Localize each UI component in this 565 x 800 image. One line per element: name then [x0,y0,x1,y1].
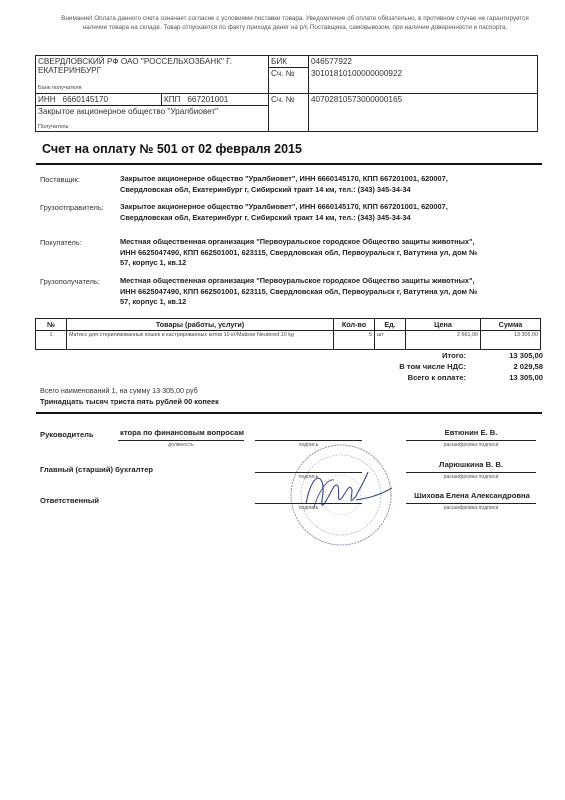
total-value: 13 305,00 [466,350,543,361]
responsible-name: Шихова Елена Александровна [406,491,538,500]
corr-account-value: 30101810100000000922 [311,69,402,78]
bank-name: СВЕРДЛОВСКИЙ РФ ОАО "РОССЕЛЬХОЗБАНК" Г. … [38,57,232,75]
shipper-details: Закрытое акционерное общество "Уралбиове… [120,202,540,223]
director-decoding-caption: расшифровка подписи [406,442,536,448]
responsible-decoding-line [406,503,536,504]
consignee-details: Местная общественная организация "Первоу… [120,276,540,308]
payable-label: Всего к оплате: [360,372,466,383]
position-line [118,440,244,441]
vat-label: В том числе НДС: [360,361,466,372]
director-signature-caption: подпись [255,442,362,448]
row-qty: 5 [334,331,375,350]
col-number: № [36,319,67,331]
director-label: Руководитель [40,430,94,439]
position-caption: должность [118,442,244,448]
vat-row: В том числе НДС: 2 029,58 [360,361,543,372]
bank-caption: Банк получателя [38,85,82,91]
bik-value: 046577922 [311,57,352,66]
payable-row: Всего к оплате: 13 305,00 [360,372,543,383]
buyer-details: Местная общественная организация "Первоу… [120,237,540,269]
supplier-label: Поставщик: [40,175,80,184]
col-qty: Кол-во [334,319,375,331]
title-divider [36,163,542,165]
inn-field: ИНН 6660145170 [38,95,108,104]
responsible-decoding-caption: расшифровка подписи [406,505,536,511]
accountant-decoding-line [406,472,536,473]
bik-label: БИК [271,57,287,66]
accountant-signature-line [255,472,362,473]
summary-divider [36,412,542,414]
accountant-decoding-caption: расшифровка подписи [406,474,536,480]
company-stamp-icon [288,442,394,548]
row-number: 1 [36,331,67,350]
consignee-label: Грузополучатель: [40,277,100,286]
row-price: 2 661,00 [406,331,481,350]
bank-details-table: СВЕРДЛОВСКИЙ РФ ОАО "РОССЕЛЬХОЗБАНК" Г. … [35,55,538,132]
director-signature-line [255,440,362,441]
kpp-field: КПП 667201001 [164,95,228,104]
invoice-title: Счет на оплату № 501 от 02 февраля 2015 [42,142,302,156]
account-value: 40702810573000000165 [311,95,402,104]
responsible-label: Ответственный [40,496,99,505]
row-sum: 13 305,00 [481,331,541,350]
col-goods: Товары (работы, услуги) [67,319,334,331]
totals-block: Итого: 13 305,00 В том числе НДС: 2 029,… [360,350,543,383]
total-row: Итого: 13 305,00 [360,350,543,361]
accountant-signature-caption: подпись [255,474,362,480]
table-row: 1 Матисс для стерилизованных кошек и кас… [36,331,541,350]
col-sum: Сумма [481,319,541,331]
payable-value: 13 305,00 [466,372,543,383]
goods-table-header: № Товары (работы, услуги) Кол-во Ед. Цен… [36,319,541,331]
row-unit: шт [375,331,406,350]
payment-notice: Внимание! Оплата данного счета означает … [60,14,530,32]
buyer-label: Покупатель: [40,238,82,247]
responsible-signature-line [255,503,362,504]
director-position: Заместитель директора по финансовым вопр… [120,428,244,437]
responsible-signature-caption: подпись [255,505,362,511]
accountant-name: Ларюшкина В. В. [406,460,536,469]
items-summary: Всего наименований 1, на сумму 13 305,00… [40,386,198,395]
corr-account-label: Сч. № [271,69,294,78]
director-name: Евтюнин Е. В. [406,428,536,437]
amount-in-words: Тринадцать тысяч триста пять рублей 00 к… [40,397,219,406]
recipient-name: Закрытое акционерное общество "Уралбиове… [38,107,218,116]
accountant-label: Главный (старший) бухгалтер [40,465,153,474]
col-price: Цена [406,319,481,331]
col-unit: Ед. [375,319,406,331]
row-goods-name: Матисс для стерилизованных кошек и кастр… [67,331,334,350]
total-label: Итого: [360,350,466,361]
shipper-label: Грузоотправитель: [40,203,104,212]
account-label: Сч. № [271,95,294,104]
recipient-caption: Получатель [38,124,69,130]
vat-value: 2 029,58 [466,361,543,372]
supplier-details: Закрытое акционерное общество "Уралбиове… [120,174,540,195]
director-decoding-line [406,440,536,441]
goods-table: № Товары (работы, услуги) Кол-во Ед. Цен… [35,318,541,350]
